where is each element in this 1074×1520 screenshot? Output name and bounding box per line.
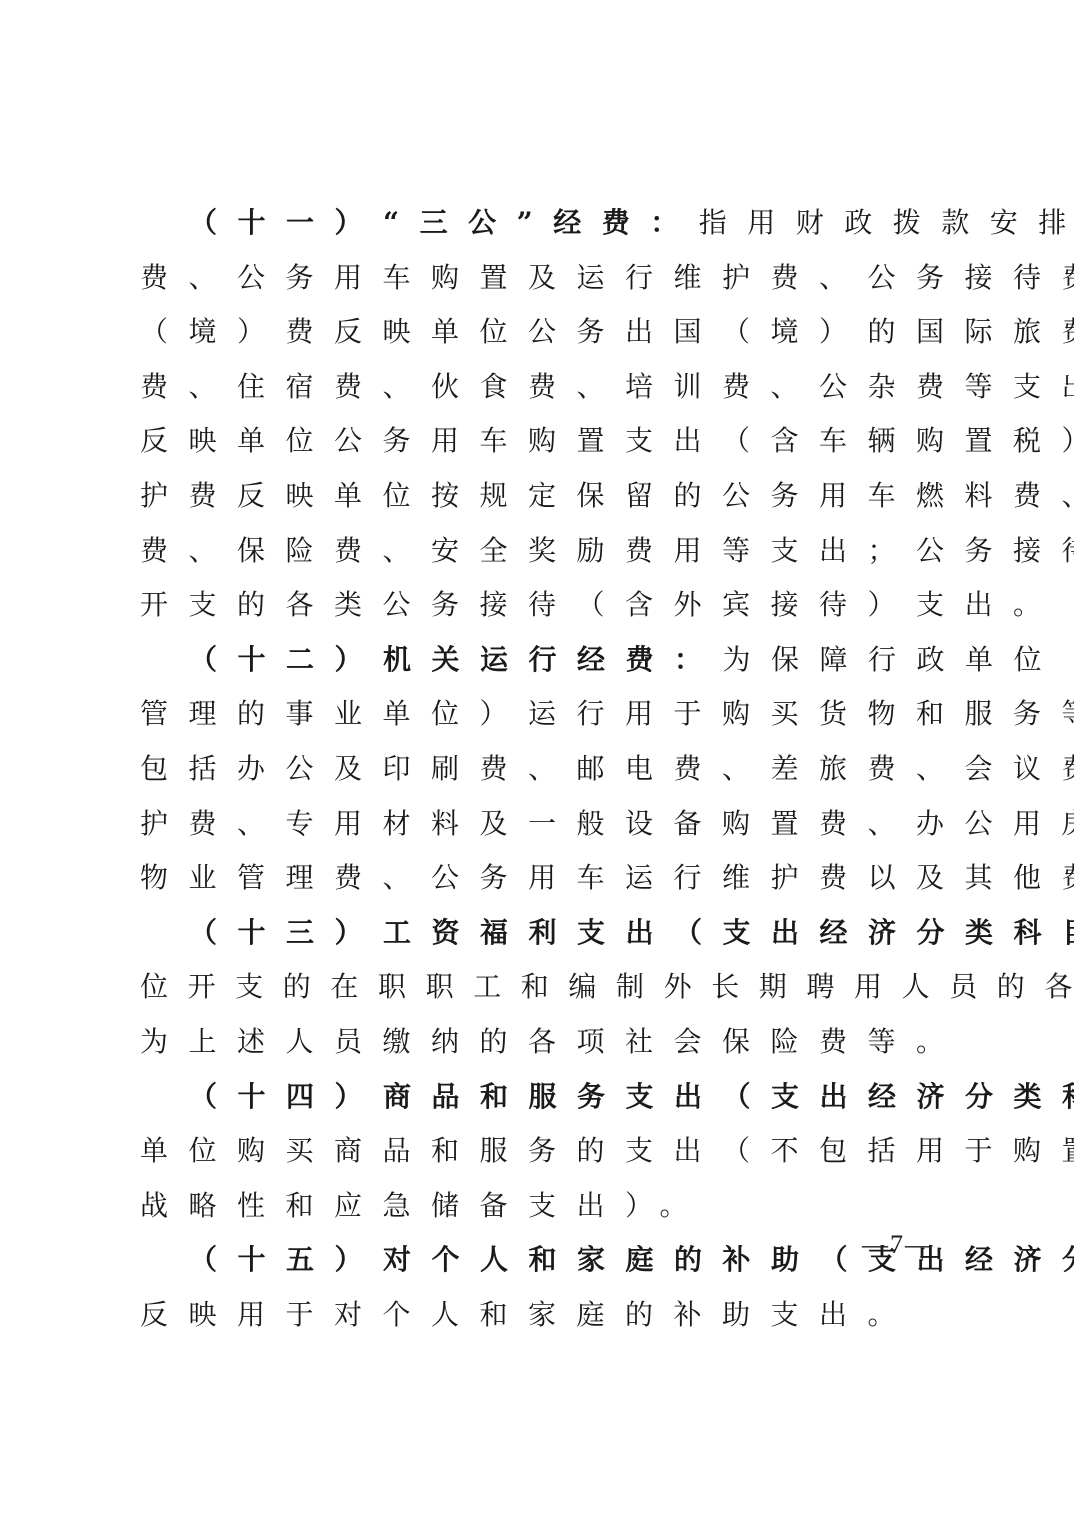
section-11: （十一）“三公”经费：指用财政拨款安排的因公出国（境） 费、公务用车购置及运行维… — [140, 196, 940, 633]
paragraph-line: 反映用于对个人和家庭的补助支出。 — [140, 1288, 940, 1343]
paragraph-line: 单位购买商品和服务的支出（不包括用于购置固定资产的支出、 — [140, 1124, 940, 1179]
paragraph-line: 护费反映单位按规定保留的公务用车燃料费、维修费、过路过桥 — [140, 469, 940, 524]
section-heading: （十三）工资福利支出（支出经济分类科目类级）： — [189, 916, 1074, 949]
document-page: （十一）“三公”经费：指用财政拨款安排的因公出国（境） 费、公务用车购置及运行维… — [0, 0, 1074, 1520]
paragraph-line: 费、保险费、安全奖励费用等支出；公务接待费反映单位按规定 — [140, 524, 940, 579]
paragraph-line: 开支的各类公务接待（含外宾接待）支出。 — [140, 578, 940, 633]
paragraph-line: 战略性和应急储备支出）。 — [140, 1179, 940, 1234]
paragraph-line: 管理的事业单位）运行用于购买货物和服务等的各项公用经费， — [140, 687, 940, 742]
section-15: （十五）对个人和家庭的补助（支出经济分类科目类级）： 反映用于对个人和家庭的补助… — [140, 1233, 940, 1342]
paragraph-line: （十四）商品和服务支出（支出经济分类科目类级）：反映 — [140, 1070, 940, 1125]
page-number: —7— — [862, 1228, 933, 1262]
document-body: （十一）“三公”经费：指用财政拨款安排的因公出国（境） 费、公务用车购置及运行维… — [140, 196, 940, 1342]
line-text: 指用财政拨款安排的因公出国（境） — [699, 206, 1074, 239]
paragraph-line: （十五）对个人和家庭的补助（支出经济分类科目类级）： — [140, 1233, 940, 1288]
paragraph-line: 位开支的在职职工和编制外长期聘用人员的各类劳动报酬,以及 — [140, 960, 940, 1015]
paragraph-line: （境）费反映单位公务出国（境）的国际旅费、国外城市间交通 — [140, 305, 940, 360]
section-13: （十三）工资福利支出（支出经济分类科目类级）：反映单 位开支的在职职工和编制外长… — [140, 906, 940, 1070]
paragraph-line: 为上述人员缴纳的各项社会保险费等。 — [140, 1015, 940, 1070]
paragraph-line: 费、住宿费、伙食费、培训费、公杂费等支出；公务用车购置费 — [140, 360, 940, 415]
paragraph-line: （十三）工资福利支出（支出经济分类科目类级）：反映单 — [140, 906, 940, 961]
paragraph-line: 费、公务用车购置及运行维护费、公务接待费。其中，因公出国 — [140, 251, 940, 306]
section-heading: （十五）对个人和家庭的补助（支出经济分类科目类级）： — [189, 1243, 1074, 1276]
line-text: 为保障行政单位（含参照公务员法 — [723, 643, 1074, 676]
section-12: （十二）机关运行经费：为保障行政单位（含参照公务员法 管理的事业单位）运行用于购… — [140, 633, 940, 906]
paragraph-line: （十二）机关运行经费：为保障行政单位（含参照公务员法 — [140, 633, 940, 688]
section-heading: （十二）机关运行经费： — [189, 643, 723, 676]
paragraph-line: （十一）“三公”经费：指用财政拨款安排的因公出国（境） — [140, 196, 940, 251]
paragraph-line: 护费、专用材料及一般设备购置费、办公用房水电费、办公用房 — [140, 797, 940, 852]
section-heading: （十四）商品和服务支出（支出经济分类科目类级）： — [189, 1080, 1074, 1113]
paragraph-line: 包括办公及印刷费、邮电费、差旅费、会议费、福利费、日常维 — [140, 742, 940, 797]
paragraph-line: 物业管理费、公务用车运行维护费以及其他费用。 — [140, 851, 940, 906]
section-14: （十四）商品和服务支出（支出经济分类科目类级）：反映 单位购买商品和服务的支出（… — [140, 1070, 940, 1234]
paragraph-line: 反映单位公务用车购置支出（含车辆购置税）；公务用车运行维 — [140, 414, 940, 469]
section-heading: （十一）“三公”经费： — [189, 206, 699, 239]
